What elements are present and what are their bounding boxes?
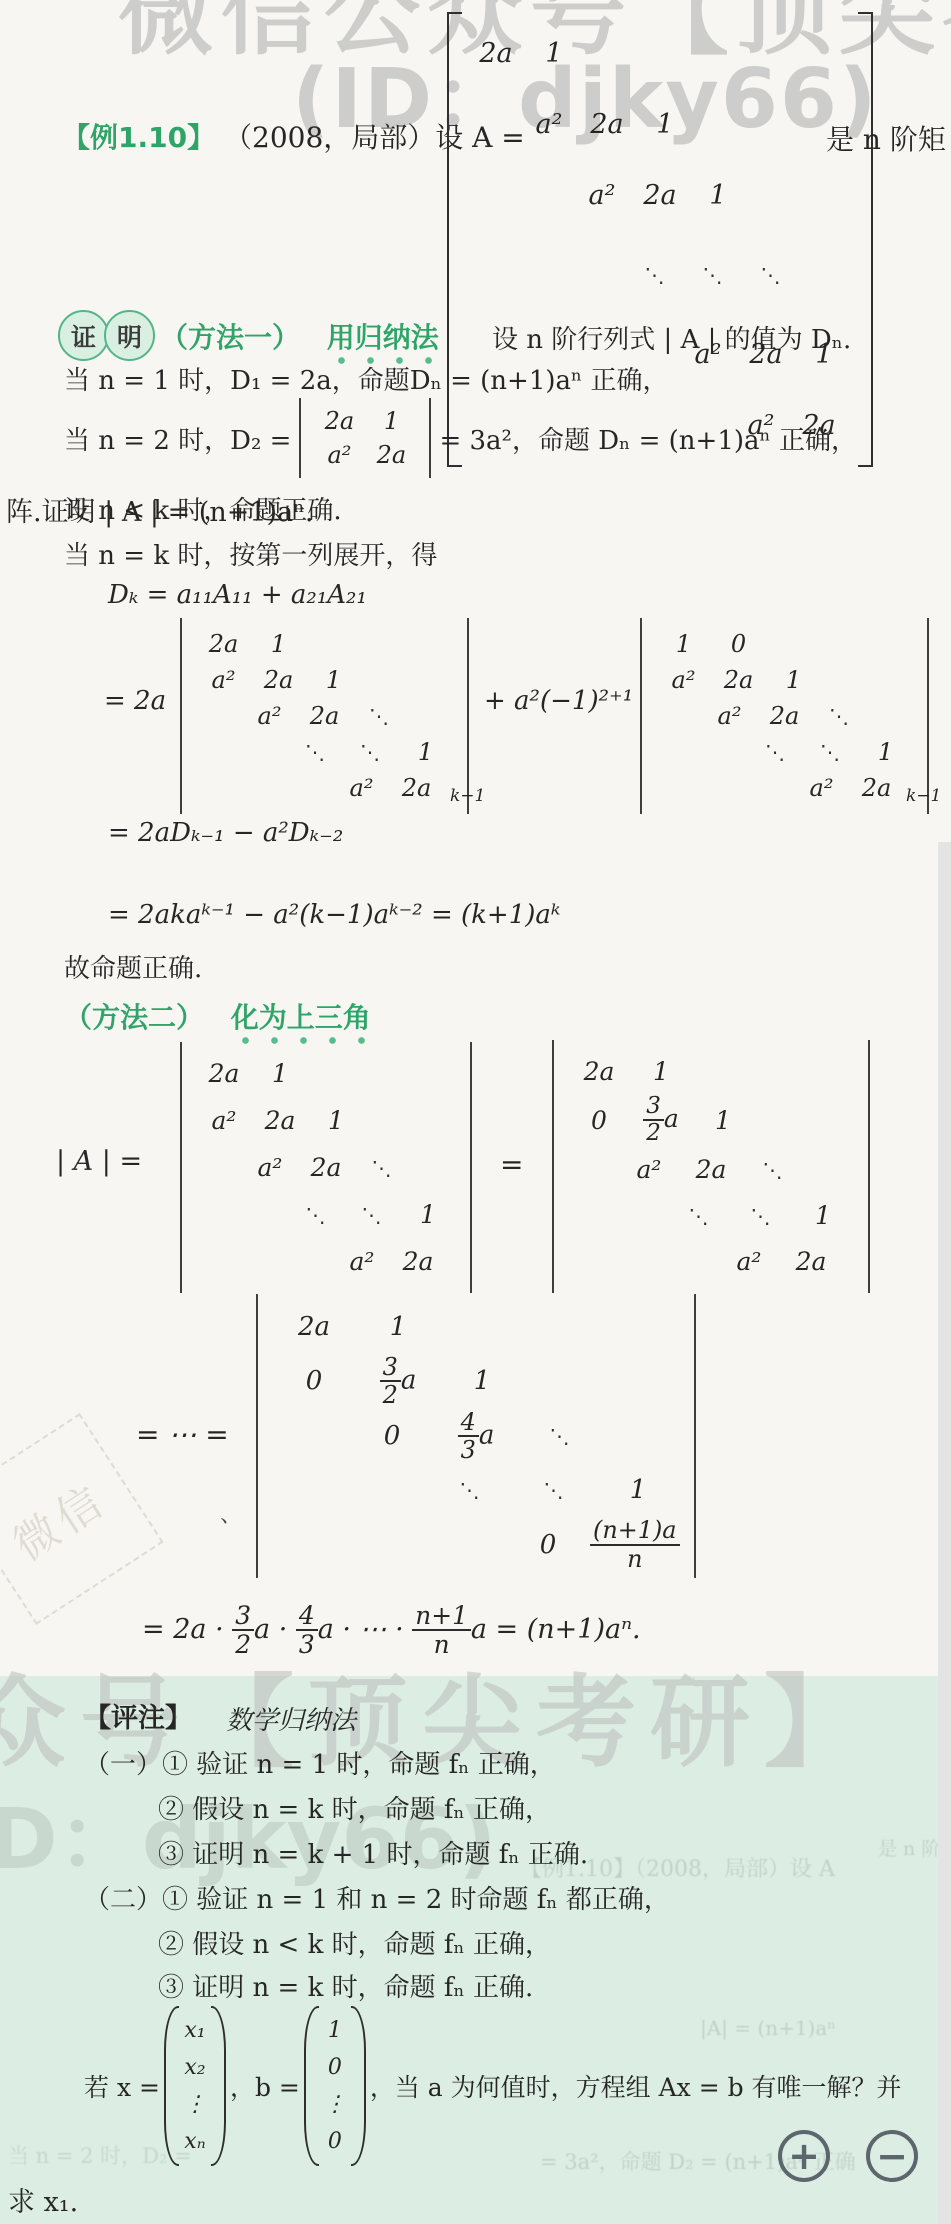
- x-vector: x₁x₂⋮xₙ: [164, 2006, 226, 2166]
- matrix-cell: 2a: [757, 702, 812, 730]
- matrix-row: x₂: [177, 2049, 213, 2086]
- matrix-cell: 2a: [568, 1057, 630, 1086]
- minus-icon: −: [876, 2137, 908, 2175]
- matrix-cell: 1: [400, 1200, 456, 1229]
- matrix-row: a²2a1: [196, 662, 453, 698]
- matrix-cell: 2a: [252, 1106, 308, 1135]
- method1-tail: 设 n 阶行列式 | A | 的值为 Dₙ.: [492, 319, 851, 356]
- comment-item: ② 假设 n = k 时，命题 fₙ 正确，: [158, 1789, 551, 1826]
- matrix-cell: 2a: [631, 180, 689, 211]
- matrix-row: 2a1: [272, 1300, 680, 1354]
- method2-label: （方法二）: [64, 1001, 204, 1034]
- matrix-cell: ⋱: [684, 263, 742, 287]
- matrix-cell: ⋱: [742, 263, 800, 287]
- matrix-cell: 1: [365, 407, 417, 435]
- matrix-cell: 1: [858, 738, 913, 766]
- matrix-cell: ⋱: [344, 1203, 400, 1227]
- zoom-out-button[interactable]: −: [866, 2130, 918, 2182]
- matrix-cell: 2a: [196, 1059, 252, 1088]
- matrix-cell: ⋱: [812, 704, 867, 728]
- matrix-cell: 0: [272, 1366, 356, 1396]
- matrix-row: a²2a: [656, 770, 913, 806]
- matrix-cell: xₙ: [177, 2129, 213, 2154]
- matrix-cell: ⋱: [352, 704, 407, 728]
- matrix-cell: 1: [792, 1201, 854, 1230]
- matrix-cell: 43a: [434, 1409, 518, 1464]
- matrix-row: 2a1: [568, 1048, 854, 1094]
- matrix-cell: 2a: [251, 666, 306, 694]
- method2-heading: （方法二） 化为上三角: [64, 996, 371, 1036]
- matrix-cell: a²: [573, 180, 631, 211]
- determinant-method2-step1: 2a1032a1a²2a⋱⋱⋱1a²2a: [552, 1040, 870, 1293]
- matrix-cell: 2a: [196, 630, 251, 658]
- matrix-row: 043a⋱: [272, 1409, 680, 1464]
- method2-final-line: = 2a · 32a · 43a · ⋯ · n+1na = (n+1)aⁿ.: [142, 1602, 641, 1659]
- follow-up-question: 若 x = x₁x₂⋮xₙ ，b = 10⋮0 ，当 a 为何值时，方程组 Ax…: [84, 2006, 902, 2166]
- matrix-cell: a²: [196, 1106, 252, 1135]
- comment-item: ③ 证明 n = k 时，命题 fₙ 正确.: [158, 1967, 533, 2004]
- matrix-cell: ⋱: [742, 1158, 804, 1182]
- proof-line-assume: 设 n < k 时，命题正确.: [64, 490, 342, 527]
- proof-line-expand: 当 n = k 时，按第一列展开，得: [64, 535, 437, 572]
- determinant-d2: 2a1a²2a: [299, 398, 431, 478]
- matrix-cell: (n+1)an: [590, 1517, 680, 1572]
- matrix-row: ⋱⋱1: [568, 1193, 854, 1239]
- matrix-cell: 32a: [356, 1354, 440, 1409]
- matrix-cell: a²: [242, 1153, 298, 1182]
- matrix-cell: 1: [306, 666, 361, 694]
- example-suffix: 是 n 阶矩: [826, 118, 946, 158]
- matrix-cell: ⋱: [288, 1203, 344, 1227]
- matrix-cell: a²: [313, 441, 365, 469]
- question-post: ，当 a 为何值时，方程组 Ax = b 有唯一解？并: [370, 2068, 902, 2104]
- matrix-row: a²2a1: [467, 160, 853, 231]
- matrix-row: 0(n+1)an: [272, 1517, 680, 1572]
- proof-line-closed-form: = 2akaᵏ⁻¹ − a²(k−1)aᵏ⁻² = (k+1)aᵏ: [108, 900, 560, 930]
- matrix-cell: ⋱: [748, 740, 803, 764]
- matrix-row: a²2a: [568, 1239, 854, 1285]
- matrix-row: 032a1: [272, 1354, 680, 1409]
- matrix-cell: a²: [794, 774, 849, 802]
- fraction: (n+1)an: [590, 1517, 680, 1572]
- matrix-row: 1: [317, 2012, 353, 2049]
- matrix-cell: ⋱: [803, 740, 858, 764]
- matrix-row: 2a1: [196, 626, 453, 662]
- matrix-cell: 0: [350, 1421, 434, 1451]
- matrix-cell: 1: [692, 1106, 754, 1135]
- determinant-right-k1: 10a²2a1a²2a⋱⋱⋱1a²2a: [640, 618, 929, 814]
- method2-keyword: 化为上三角: [231, 1001, 371, 1044]
- matrix-row: 2a1: [313, 404, 417, 438]
- page-edge-strip: [938, 842, 951, 2224]
- matrix-cell: 2a: [365, 441, 417, 469]
- matrix-cell: ⋮: [317, 2092, 353, 2117]
- matrix-cell: 0: [317, 2129, 353, 2154]
- matrix-row: ⋱⋱1: [196, 1191, 456, 1238]
- matrix-cell: x₂: [177, 2055, 213, 2080]
- example-label: 【例1.10】: [62, 121, 215, 154]
- proof-stamp: 证 明: [58, 310, 155, 361]
- matrix-cell: 2a: [272, 1312, 356, 1342]
- method1-heading: （方法一） 用归纳法: [160, 316, 439, 356]
- eq2-equals: =: [500, 1148, 523, 1181]
- proof-line-n2-post: = 3a²，命题 Dₙ = (n+1)aⁿ 正确，: [439, 420, 857, 457]
- matrix-cell: 1: [356, 1312, 440, 1342]
- matrix-cell: ⋱: [512, 1478, 596, 1502]
- matrix-row: ⋱⋱1: [656, 734, 913, 770]
- matrix-cell: ⋱: [428, 1478, 512, 1502]
- proof-stamp-char: 明: [104, 310, 155, 361]
- matrix-cell: a²: [242, 702, 297, 730]
- matrix-row: a²2a⋱: [196, 1144, 456, 1191]
- matrix-row: xₙ: [177, 2123, 213, 2160]
- matrix-cell: ⋱: [626, 263, 684, 287]
- matrix-cell: 2a: [849, 774, 904, 802]
- matrix-cell: a²: [618, 1155, 680, 1184]
- determinant-left-subscript: k−1: [450, 786, 485, 806]
- proof-line-n2-pre: 当 n = 2 时，D₂ =: [64, 420, 291, 457]
- matrix-cell: 1: [252, 1059, 308, 1088]
- eq1-middle-term: + a²(−1)²⁺¹: [484, 686, 633, 716]
- comment-item: （二）① 验证 n = 1 和 n = 2 时命题 fₙ 都正确，: [84, 1879, 670, 1916]
- matrix-row: ⋮: [317, 2086, 353, 2123]
- question-tail: 求 x₁.: [8, 2180, 78, 2219]
- matrix-cell: x₁: [177, 2018, 213, 2043]
- matrix-cell: ⋮: [177, 2092, 213, 2117]
- matrix-cell: 2a: [390, 1247, 446, 1276]
- matrix-row: 10: [656, 626, 913, 662]
- matrix-row: a²2a: [313, 438, 417, 472]
- matrix-cell: 0: [568, 1106, 630, 1135]
- matrix-cell: 2a: [578, 109, 636, 140]
- matrix-cell: 1: [596, 1475, 680, 1505]
- matrix-row: a²2a⋱: [656, 698, 913, 734]
- method1-label: （方法一）: [160, 321, 300, 354]
- fraction: 43: [458, 1409, 479, 1464]
- matrix-row: a²2a1: [196, 1097, 456, 1144]
- matrix-cell: 1: [308, 1106, 364, 1135]
- fraction: 32: [643, 1094, 664, 1147]
- matrix-cell: 2a: [389, 774, 444, 802]
- determinant-left-k1: 2a1a²2a1a²2a⋱⋱⋱1a²2a: [180, 618, 469, 814]
- comment-subtitle: 数学归纳法: [226, 1700, 356, 1737]
- matrix-cell: 2a: [313, 407, 365, 435]
- matrix-cell: 1: [630, 1057, 692, 1086]
- matrix-cell: ⋱: [354, 1156, 410, 1180]
- matrix-cell: 2a: [780, 1247, 842, 1276]
- matrix-cell: ⋱: [288, 740, 343, 764]
- matrix-row: a²2a⋱: [196, 698, 453, 734]
- matrix-cell: 1: [440, 1366, 524, 1396]
- matrix-cell: 1: [766, 666, 821, 694]
- matrix-cell: a²: [702, 702, 757, 730]
- matrix-row: a²2a: [196, 770, 453, 806]
- matrix-row: ⋮: [177, 2086, 213, 2123]
- method1-keyword: 用归纳法: [327, 321, 439, 364]
- matrix-row: ⋱⋱1: [272, 1463, 680, 1517]
- zoom-in-button[interactable]: +: [778, 2130, 830, 2182]
- fraction: n+1n: [412, 1602, 471, 1659]
- matrix-cell: 2a: [298, 1153, 354, 1182]
- proof-line-conclusion: 故命题正确.: [64, 948, 202, 985]
- fraction: 32: [380, 1354, 401, 1409]
- matrix-cell: 1: [398, 738, 453, 766]
- eq1-coefficient: = 2a: [104, 686, 166, 716]
- matrix-row: ⋱⋱1: [196, 734, 453, 770]
- proof-stamp-char: 证: [58, 310, 109, 361]
- eq2-lhs: | A | =: [56, 1146, 142, 1177]
- fraction: 32: [232, 1602, 254, 1659]
- matrix-row: ⋱⋱⋱: [467, 231, 853, 319]
- matrix-cell: a²: [334, 1247, 390, 1276]
- matrix-cell: a²: [196, 666, 251, 694]
- question-pre: 若 x =: [84, 2068, 160, 2104]
- determinant-method2-triangular: 2a1032a1043a⋱⋱⋱10(n+1)an: [256, 1294, 696, 1578]
- matrix-cell: 1: [317, 2018, 353, 2043]
- comment-title: 【评注】: [84, 1696, 192, 1735]
- proof-line-recurrence: = 2aDₖ₋₁ − a²Dₖ₋₂: [108, 818, 343, 848]
- matrix-cell: 0: [317, 2055, 353, 2080]
- determinant-right-subscript: k−1: [906, 786, 941, 806]
- matrix-row: 032a1: [568, 1094, 854, 1147]
- stray-scan-mark: 、: [220, 1498, 242, 1529]
- matrix-cell: 32a: [630, 1094, 692, 1147]
- b-vector: 10⋮0: [304, 2006, 366, 2166]
- matrix-cell: 2a: [467, 38, 525, 69]
- proof-line-n2: 当 n = 2 时，D₂ = 2a1a²2a = 3a²，命题 Dₙ = (n+…: [64, 398, 857, 478]
- matrix-row: 2a1: [467, 18, 853, 89]
- matrix-row: a²2a: [196, 1238, 456, 1285]
- scanned-textbook-page: 微信公众号【顶尖考研】 (ID：djky66) 众号【顶尖考研】 D：djky6…: [0, 0, 951, 2224]
- matrix-cell: 2a: [680, 1155, 742, 1184]
- matrix-row: a²2a1: [467, 89, 853, 160]
- plus-icon: +: [788, 2137, 820, 2175]
- matrix-row: x₁: [177, 2012, 213, 2049]
- matrix-cell: a²: [334, 774, 389, 802]
- matrix-cell: ⋱: [518, 1424, 602, 1448]
- matrix-cell: 2a: [297, 702, 352, 730]
- matrix-cell: a²: [656, 666, 711, 694]
- eq3-ellipsis-equals: = ⋯ =: [136, 1418, 229, 1451]
- matrix-row: 0: [317, 2123, 353, 2160]
- matrix-cell: 1: [251, 630, 306, 658]
- matrix-row: a²2a1: [656, 662, 913, 698]
- matrix-cell: 2a: [711, 666, 766, 694]
- comment-item: （一）① 验证 n = 1 时，命题 fₙ 正确，: [84, 1744, 556, 1781]
- matrix-cell: a²: [718, 1247, 780, 1276]
- question-mid: ，b =: [230, 2068, 300, 2104]
- determinant-method2-original: 2a1a²2a1a²2a⋱⋱⋱1a²2a: [180, 1042, 472, 1293]
- matrix-row: a²2a⋱: [568, 1147, 854, 1193]
- matrix-cell: 1: [656, 630, 711, 658]
- matrix-cell: 1: [525, 38, 583, 69]
- matrix-cell: ⋱: [343, 740, 398, 764]
- comment-item: ③ 证明 n = k + 1 时，命题 fₙ 正确.: [158, 1834, 588, 1871]
- matrix-row: 2a1: [196, 1050, 456, 1097]
- fraction: 43: [296, 1602, 318, 1659]
- matrix-row: 0: [317, 2049, 353, 2086]
- matrix-cell: 0: [506, 1530, 590, 1560]
- matrix-cell: ⋱: [730, 1204, 792, 1228]
- proof-line-dk: Dₖ = a₁₁A₁₁ + a₂₁A₂₁: [108, 580, 367, 610]
- matrix-cell: 1: [689, 180, 747, 211]
- proof-line-n1: 当 n = 1 时，D₁ = 2a，命题Dₙ = (n+1)aⁿ 正确，: [64, 360, 669, 397]
- matrix-cell: 1: [636, 109, 694, 140]
- comment-item: ② 假设 n < k 时，命题 fₙ 正确，: [158, 1924, 551, 1961]
- faint-stamp-text: 微信: [0, 1465, 117, 1573]
- matrix-cell: a²: [520, 109, 578, 140]
- matrix-cell: ⋱: [668, 1204, 730, 1228]
- matrix-cell: 0: [711, 630, 766, 658]
